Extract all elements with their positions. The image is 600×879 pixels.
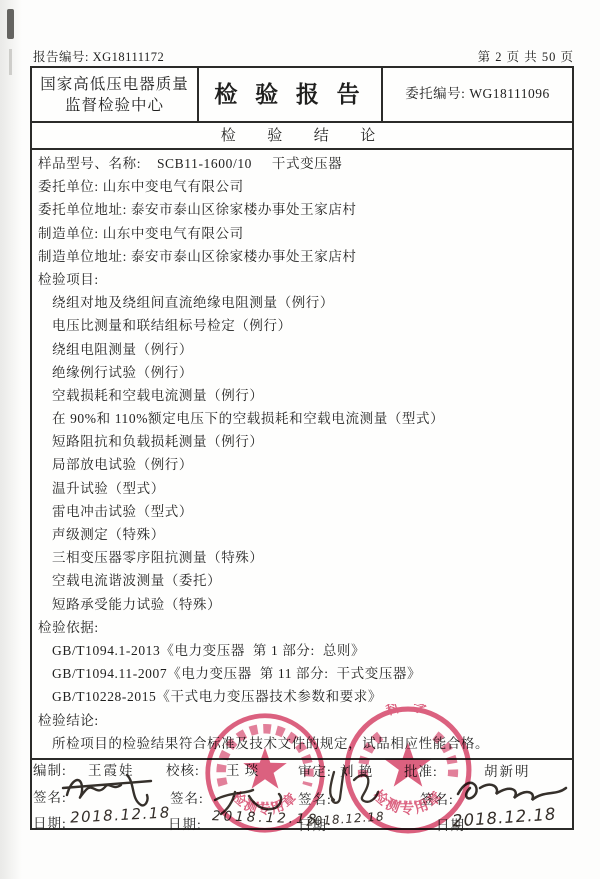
stamp-bottom-text: 检测专用章 <box>369 786 446 817</box>
report-line: 局部放电试验（例行） <box>38 453 568 476</box>
report-line: 制造单位地址: 泰安市泰山区徐家楼办事处王家店村 <box>38 245 568 268</box>
star-icon <box>385 743 431 787</box>
section-title: 检 验 结 论 <box>32 123 572 150</box>
report-body: 样品型号、名称: SCB11-1600/10 干式变压器 委托单位: 山东中变电… <box>32 150 572 754</box>
report-line: 温升试验（型式） <box>38 477 568 500</box>
report-line: 电压比测量和联结组标号检定（例行） <box>38 314 568 337</box>
report-line: 检验项目: <box>38 268 568 291</box>
date-label-1: 日期: <box>33 812 67 832</box>
right-inspection-stamp: 科 学 检测专用章 <box>342 704 474 836</box>
report-line: GB/T1094.11-2007《电力变压器 第 11 部分: 干式变压器》 <box>38 662 568 685</box>
report-line: 短路阻抗和负载损耗测量（例行） <box>38 430 568 453</box>
report-number-label: 报告编号: <box>33 50 89 64</box>
issuing-organization: 国家高低压电器质量 监督检验中心 <box>32 68 199 121</box>
stamp-bottom-text: 检测专用章 <box>229 788 300 816</box>
svg-text:科 学: 科 学 <box>383 704 432 718</box>
sign-label-2: 签名: <box>170 787 204 807</box>
report-line: 检验依据: <box>38 616 568 639</box>
date-label-2: 日期: <box>168 813 202 833</box>
report-line: 空载损耗和空载电流测量（例行） <box>38 384 568 407</box>
report-line: 绕组电阻测量（例行） <box>38 338 568 361</box>
page-meta-row: 报告编号: XG18111172 第 2 页 共 50 页 <box>33 47 574 63</box>
report-line: 在 90%和 110%额定电压下的空载损耗和空载电流测量（型式） <box>38 407 568 430</box>
scan-edge-shadow <box>0 0 22 879</box>
report-line: 雷电冲击试验（型式） <box>38 500 568 523</box>
star-icon <box>243 747 286 788</box>
report-line: 样品型号、名称: SCB11-1600/10 干式变压器 <box>38 152 568 175</box>
report-line: 三相变压器零序阻抗测量（特殊） <box>38 546 568 569</box>
stamp-top-arc-text: 科 学 <box>383 704 432 718</box>
report-line: 声级测定（特殊） <box>38 523 568 546</box>
page-indicator: 第 2 页 共 50 页 <box>478 47 574 65</box>
report-line: 绕组对地及绕组间直流绝缘电阻测量（例行） <box>38 291 568 314</box>
svg-text:检测专用章: 检测专用章 <box>229 788 300 816</box>
report-line: 委托单位: 山东中变电气有限公司 <box>38 175 568 198</box>
report-number: 报告编号: XG18111172 <box>33 47 164 65</box>
organization-line1: 国家高低压电器质量 <box>32 74 197 95</box>
report-number-value: XG18111172 <box>93 50 165 64</box>
report-line: 空载电流谐波测量（委托） <box>38 569 568 592</box>
report-line: GB/T10228-2015《干式电力变压器技术参数和要求》 <box>38 685 568 708</box>
report-line: GB/T1094.1-2013《电力变压器 第 1 部分: 总则》 <box>38 639 568 662</box>
inspection-report-page: 报告编号: XG18111172 第 2 页 共 50 页 国家高低压电器质量 … <box>0 0 600 879</box>
organization-line2: 监督检验中心 <box>32 95 197 116</box>
compiler-signature <box>55 765 165 815</box>
report-header-row: 国家高低压电器质量 监督检验中心 检 验 报 告 委托编号: WG1811109… <box>32 68 572 123</box>
report-line: 制造单位: 山东中变电气有限公司 <box>38 222 568 245</box>
report-line: 绝缘例行试验（例行） <box>38 361 568 384</box>
report-line: 短路承受能力试验（特殊） <box>38 593 568 616</box>
scan-artifact-mark <box>7 9 14 39</box>
report-title: 检 验 报 告 <box>199 68 383 121</box>
role-label-checker: 校核: <box>166 759 200 779</box>
svg-text:检测专用章: 检测专用章 <box>369 786 446 817</box>
left-inspection-stamp: 检测专用章 <box>203 711 327 835</box>
commission-number: 委托编号: WG18111096 <box>383 68 572 121</box>
report-line: 委托单位地址: 泰安市泰山区徐家楼办事处王家店村 <box>38 198 568 221</box>
